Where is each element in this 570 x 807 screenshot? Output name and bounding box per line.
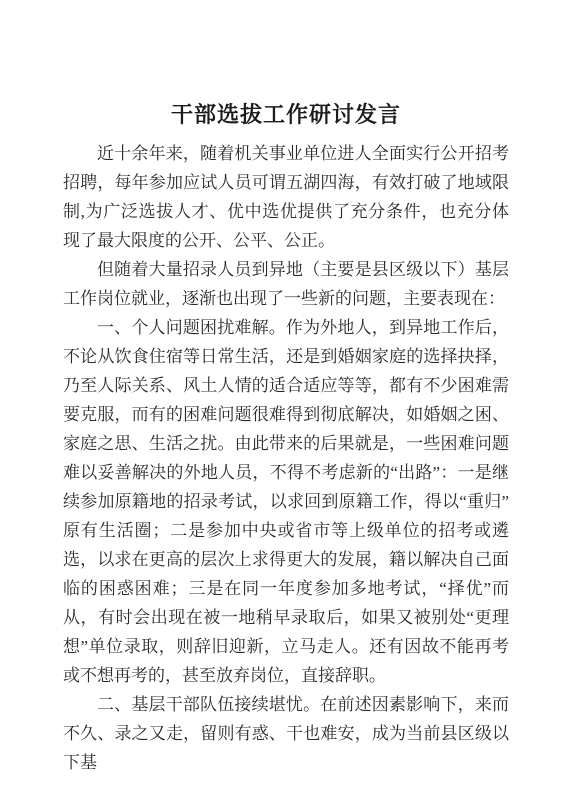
paragraph-problems-overview: 但随着大量招录人员到异地（主要是县区级以下）基层工作岗位就业，逐渐也出现了一些新… — [63, 255, 509, 313]
paragraph-point-two: 二、基层干部队伍接续堪忧。在前述因素影响下，来而不久、录之又走，留则有惑、干也难… — [63, 690, 509, 777]
document-page: 干部选拔工作研讨发言 近十余年来，随着机关事业单位进人全面实行公开招考招聘，每年… — [0, 0, 570, 807]
document-title: 干部选拔工作研讨发言 — [63, 99, 509, 131]
document-body: 近十余年来，随着机关事业单位进人全面实行公开招考招聘，每年参加应试人员可谓五湖四… — [63, 139, 509, 777]
paragraph-intro: 近十余年来，随着机关事业单位进人全面实行公开招考招聘，每年参加应试人员可谓五湖四… — [63, 139, 509, 255]
paragraph-point-one: 一、个人问题困扰难解。作为外地人，到异地工作后，不论从饮食住宿等日常生活，还是到… — [63, 313, 509, 690]
